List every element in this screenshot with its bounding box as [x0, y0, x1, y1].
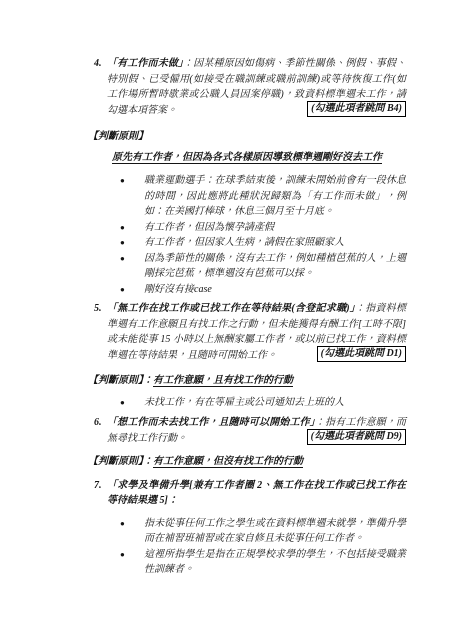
item-7-number: 7.: [94, 478, 102, 494]
item-6: 6. 「想工作而未去找工作，且隨時可以開始工作」：指有工作意願，而無尋找工作行動…: [95, 415, 406, 446]
list-item: ● 剛好沒有接case: [120, 282, 406, 298]
principle-3-heading: 有工作意願，但沒有找工作的行動: [153, 456, 303, 467]
bullet-text: 未找工作，有在等雇主或公司通知去上班的人: [144, 395, 406, 411]
bullet-text: 剛好沒有接case: [144, 282, 406, 298]
item-5-skip-note-box: (勾選此項跳問 D1): [317, 346, 406, 362]
principle-2-bullet-list: ● 未找工作，有在等雇主或公司通知去上班的人: [88, 395, 406, 411]
item-6-skip-note-box: (勾選此項者跳問 D9): [307, 429, 406, 445]
bullet-icon: ●: [120, 282, 144, 298]
bullet-icon: ●: [120, 173, 144, 220]
bullet-icon: ●: [120, 235, 144, 251]
item-7-bullet-list: ● 指未從事任何工作之學生或在資料標準週未就學，準備升學而在補習班補習或在家自修…: [88, 516, 406, 578]
principle-1-bullet-list: ● 職業運動選手：在球季結束後，訓練未開始前會有一段休息的時間，因此應將此種狀況…: [88, 173, 406, 297]
item-4: 4. 「有工作而未做」：因某種原因如傷病、季節性關係、例假、事假、特別假、已受僱…: [95, 56, 406, 118]
bullet-icon: ●: [120, 251, 144, 282]
list-item: ● 有工作者，但因家人生病，請假在家照顧家人: [120, 235, 406, 251]
bullet-text: 因為季節性的關係，沒有去工作，例如種植芭蕉的人，上週剛採完芭蕉，標準週沒有芭蕉可…: [144, 251, 406, 282]
bullet-text: 職業運動選手：在球季結束後，訓練未開始前會有一段休息的時間，因此應將此種狀況歸類…: [144, 173, 406, 220]
bullet-text: 指未從事任何工作之學生或在資料標準週未就學，準備升學而在補習班補習或在家自修且未…: [144, 516, 406, 547]
item-5-term: 「無工作在找工作或已找工作在等待結果(含登記求職)」: [107, 303, 355, 314]
item-4-number: 4.: [94, 56, 102, 72]
list-item: ● 這裡所指學生是指在正規學校求學的學生，不包括接受職業性訓練者。: [120, 547, 406, 578]
item-7-term: 「求學及準備升學[兼有工作者圈 2、無工作在找工作或已找工作在等待結果選 5]：: [107, 480, 406, 507]
list-item: ● 因為季節性的關係，沒有去工作，例如種植芭蕉的人，上週剛採完芭蕉，標準週沒有芭…: [120, 251, 406, 282]
document-page: 4. 「有工作而未做」：因某種原因如傷病、季節性關係、例假、事假、特別假、已受僱…: [0, 0, 452, 640]
principle-3-line: 【判斷原則】：有工作意願，但沒有找工作的行動: [88, 454, 406, 470]
bullet-text: 有工作者，但因為懷孕請產假: [144, 220, 406, 236]
item-5: 5. 「無工作在找工作或已找工作在等待結果(含登記求職)」：指資料標準週有工作意…: [95, 301, 406, 363]
principle-2-heading: 有工作意願，且有找工作的行動: [153, 375, 293, 386]
principle-2-label: 【判斷原則】：: [88, 375, 153, 386]
principle-3-label: 【判斷原則】：: [88, 456, 153, 467]
principle-1-heading: 原先有工作者，但因為各式各樣原因導致標準週剛好沒去工作: [88, 150, 406, 166]
principle-2-line: 【判斷原則】：有工作意願，且有找工作的行動: [88, 373, 406, 389]
bullet-text: 這裡所指學生是指在正規學校求學的學生，不包括接受職業性訓練者。: [144, 547, 406, 578]
item-5-number: 5.: [94, 301, 102, 317]
bullet-icon: ●: [120, 516, 144, 547]
item-7: 7. 「求學及準備升學[兼有工作者圈 2、無工作在找工作或已找工作在等待結果選 …: [95, 478, 406, 509]
item-6-term: 「想工作而未去找工作，且隨時可以開始工作」: [107, 417, 315, 428]
bullet-text: 有工作者，但因家人生病，請假在家照顧家人: [144, 235, 406, 251]
bullet-icon: ●: [120, 547, 144, 578]
list-item: ● 指未從事任何工作之學生或在資料標準週未就學，準備升學而在補習班補習或在家自修…: [120, 516, 406, 547]
item-6-number: 6.: [94, 415, 102, 431]
item-4-skip-note-box: (勾選此項者跳問 B4): [307, 101, 406, 117]
item-4-term: 「有工作而未做」: [107, 58, 183, 69]
list-item: ● 有工作者，但因為懷孕請產假: [120, 220, 406, 236]
list-item: ● 職業運動選手：在球季結束後，訓練未開始前會有一段休息的時間，因此應將此種狀況…: [120, 173, 406, 220]
principle-1-label: 【判斷原則】: [88, 129, 406, 145]
list-item: ● 未找工作，有在等雇主或公司通知去上班的人: [120, 395, 406, 411]
bullet-icon: ●: [120, 395, 144, 411]
bullet-icon: ●: [120, 220, 144, 236]
item-7-text: 「求學及準備升學[兼有工作者圈 2、無工作在找工作或已找工作在等待結果選 5]：: [107, 478, 406, 509]
